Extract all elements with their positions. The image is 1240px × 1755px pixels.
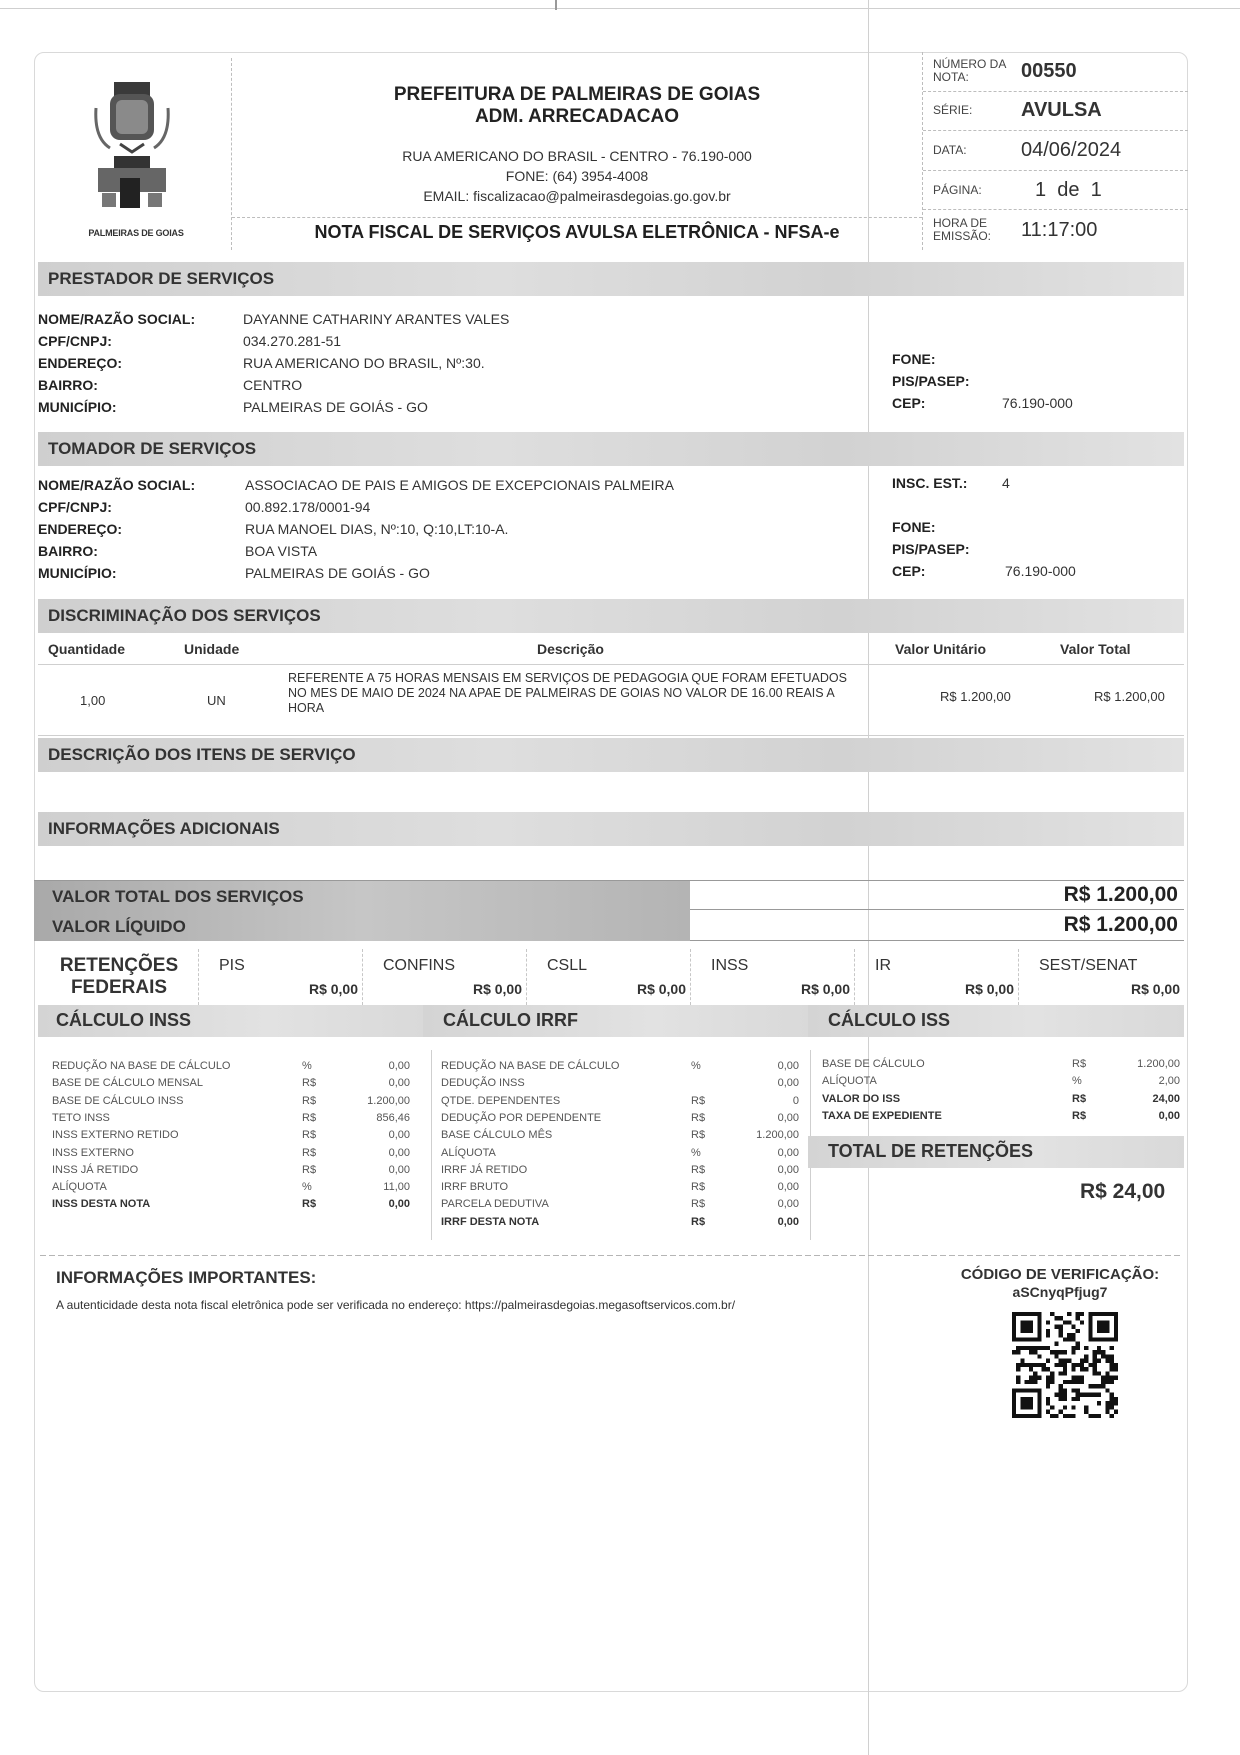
calc-row-label: INSS EXTERNO <box>52 1147 134 1159</box>
calc-row: IRRF DESTA NOTAR$0,00 <box>441 1216 799 1234</box>
prestador-district: CENTRO <box>243 377 302 393</box>
calc-row: BASE DE CÁLCULO MENSALR$0,00 <box>52 1077 410 1095</box>
org-phone: FONE: (64) 3954-4008 <box>232 166 922 186</box>
calc-row-unit: R$ <box>302 1077 316 1089</box>
calc-row-unit: R$ <box>691 1112 705 1124</box>
field-label: NOME/RAZÃO SOCIAL: <box>38 311 195 327</box>
divider <box>431 1050 432 1240</box>
document-title: NOTA FISCAL DE SERVIÇOS AVULSA ELETRÔNIC… <box>232 222 922 243</box>
field-label: FONE: <box>892 519 936 535</box>
invoice-meta: NÚMERO DA NOTA: 00550 SÉRIE: AVULSA DATA… <box>922 52 1188 250</box>
calc-row: ALÍQUOTA%2,00 <box>822 1075 1180 1093</box>
section-tomador: TOMADOR DE SERVIÇOS <box>38 432 1184 466</box>
calc-row: QTDE. DEPENDENTESR$0 <box>441 1095 799 1113</box>
coat-of-arms-icon <box>92 78 172 213</box>
calc-row-unit: R$ <box>302 1147 316 1159</box>
retencao-value: R$ 0,00 <box>637 981 686 997</box>
tomador-cnpj: 00.892.178/0001-94 <box>245 499 370 515</box>
field-label: CPF/CNPJ: <box>38 499 112 515</box>
retencao-name: IR <box>875 957 891 975</box>
field-label: ENDEREÇO: <box>38 355 122 371</box>
col-header-descricao: Descrição <box>537 641 604 657</box>
calc-row-label: BASE DE CÁLCULO <box>822 1058 925 1070</box>
verification-code: aSCnyqPfjug7 <box>950 1284 1170 1300</box>
calc-row-label: TAXA DE EXPEDIENTE <box>822 1110 942 1122</box>
calc-row-value: 11,00 <box>383 1181 410 1193</box>
retencao-inss: INSS R$ 0,00 <box>690 949 854 1005</box>
calc-row: IRRF BRUTOR$0,00 <box>441 1181 799 1199</box>
field-label: NOME/RAZÃO SOCIAL: <box>38 477 195 493</box>
qr-code-icon[interactable] <box>1012 1312 1118 1418</box>
tomador-district: BOA VISTA <box>245 543 317 559</box>
meta-label: PÁGINA: <box>933 184 1013 197</box>
calc-row: BASE DE CÁLCULOR$1.200,00 <box>822 1058 1180 1076</box>
calc-row-label: IRRF BRUTO <box>441 1181 508 1193</box>
row-descricao: REFERENTE A 75 HORAS MENSAIS EM SERVIÇOS… <box>288 671 868 716</box>
field-label: PIS/PASEP: <box>892 541 970 557</box>
calc-row-unit: R$ <box>691 1095 705 1107</box>
org-address: RUA AMERICANO DO BRASIL - CENTRO - 76.19… <box>232 146 922 166</box>
tomador-city: PALMEIRAS DE GOIÁS - GO <box>245 565 430 581</box>
calc-row-value: 24,00 <box>1152 1093 1180 1105</box>
calc-row-label: IRRF DESTA NOTA <box>441 1216 539 1228</box>
row-quantidade: 1,00 <box>80 693 105 708</box>
tomador-insc-est: 4 <box>1002 475 1010 491</box>
municipal-logo: PALMEIRAS DE GOIAS <box>40 58 232 250</box>
calc-row: INSS EXTERNOR$0,00 <box>52 1147 410 1165</box>
calc-row-value: 0,00 <box>389 1060 410 1072</box>
calc-row-label: DEDUÇÃO POR DEPENDENTE <box>441 1112 601 1124</box>
calc-row-label: BASE CÁLCULO MÊS <box>441 1129 552 1141</box>
meta-label: SÉRIE: <box>933 104 1013 117</box>
calc-row-value: 0 <box>793 1095 799 1107</box>
calc-row-label: REDUÇÃO NA BASE DE CÁLCULO <box>52 1060 231 1072</box>
invoice-series: AVULSA <box>1013 99 1188 122</box>
retencoes-title: RETENÇÕES FEDERAIS <box>34 949 204 1005</box>
valor-liquido-label: VALOR LÍQUIDO <box>34 911 690 941</box>
tomador-name: ASSOCIACAO DE PAIS E AMIGOS DE EXCEPCION… <box>245 477 674 493</box>
col-header-unidade: Unidade <box>184 641 239 657</box>
retencoes-title-line1: RETENÇÕES <box>34 955 204 977</box>
calc-row-value: 0,00 <box>778 1060 799 1072</box>
info-importantes-text: A autenticidade desta nota fiscal eletrô… <box>56 1298 735 1312</box>
calc-iss-table: BASE DE CÁLCULOR$1.200,00ALÍQUOTA%2,00VA… <box>822 1058 1180 1138</box>
valor-liquido-row: VALOR LÍQUIDO R$ 1.200,00 <box>34 911 1184 941</box>
valor-total-value: R$ 1.200,00 <box>1064 883 1178 907</box>
meta-numero: NÚMERO DA NOTA: 00550 <box>923 52 1188 92</box>
issuer-block: PREFEITURA DE PALMEIRAS DE GOIAS ADM. AR… <box>232 58 922 218</box>
field-label: PIS/PASEP: <box>892 373 970 389</box>
calc-row-label: INSS JÁ RETIDO <box>52 1164 138 1176</box>
issue-time: 11:17:00 <box>1013 219 1188 242</box>
col-header-valor-total: Valor Total <box>1060 641 1131 657</box>
valor-total-row: VALOR TOTAL DOS SERVIÇOS R$ 1.200,00 <box>34 880 1184 910</box>
prestador-address: RUA AMERICANO DO BRASIL, Nº:30. <box>243 355 485 371</box>
row-valor-unitario: R$ 1.200,00 <box>940 689 1011 704</box>
retencao-value: R$ 0,00 <box>965 981 1014 997</box>
field-label: FONE: <box>892 351 936 367</box>
calc-row: BASE DE CÁLCULO INSSR$1.200,00 <box>52 1095 410 1113</box>
calc-row: ALÍQUOTA%0,00 <box>441 1147 799 1165</box>
calc-row: DEDUÇÃO INSS0,00 <box>441 1077 799 1095</box>
invoice-date: 04/06/2024 <box>1013 139 1188 162</box>
field-label: BAIRRO: <box>38 377 98 393</box>
field-label: CPF/CNPJ: <box>38 333 112 349</box>
calc-row: TETO INSSR$856,46 <box>52 1112 410 1130</box>
retencoes-title-line2: FEDERAIS <box>34 977 204 999</box>
section-prestador: PRESTADOR DE SERVIÇOS <box>38 262 1184 296</box>
col-header-quantidade: Quantidade <box>48 641 125 657</box>
field-label: MUNICÍPIO: <box>38 565 117 581</box>
calc-row-unit: R$ <box>691 1181 705 1193</box>
calc-row-label: ALÍQUOTA <box>441 1147 496 1159</box>
retencao-pis: PIS R$ 0,00 <box>198 949 362 1005</box>
meta-pagina: PÁGINA: 1 de 1 <box>923 171 1188 211</box>
calc-row-unit: % <box>691 1060 701 1072</box>
meta-label: NÚMERO DA NOTA: <box>933 58 1013 84</box>
calc-row-label: INSS DESTA NOTA <box>52 1198 150 1210</box>
field-label: ENDEREÇO: <box>38 521 122 537</box>
retencao-name: SEST/SENAT <box>1039 957 1137 975</box>
calc-row-unit: R$ <box>691 1216 705 1228</box>
calc-row-value: 0,00 <box>778 1181 799 1193</box>
total-retencoes-value: R$ 24,00 <box>1080 1180 1165 1204</box>
calc-row-label: QTDE. DEPENDENTES <box>441 1095 560 1107</box>
scan-edge <box>0 8 1240 9</box>
calc-row-unit: % <box>691 1147 701 1159</box>
page-count: 1 de 1 <box>1013 179 1188 202</box>
scan-mark <box>555 0 557 10</box>
calc-row-value: 0,00 <box>778 1112 799 1124</box>
verification-title: CÓDIGO DE VERIFICAÇÃO: <box>950 1266 1170 1283</box>
calc-row: BASE CÁLCULO MÊSR$1.200,00 <box>441 1129 799 1147</box>
invoice-number: 00550 <box>1013 60 1188 83</box>
field-label: INSC. EST.: <box>892 475 967 491</box>
calc-row-value: 1.200,00 <box>1137 1058 1180 1070</box>
meta-hora: HORA DE EMISSÃO: 11:17:00 <box>923 210 1188 250</box>
calc-row-unit: R$ <box>1072 1093 1086 1105</box>
retencao-ir: IR R$ 0,00 <box>854 949 1018 1005</box>
calc-row-value: 0,00 <box>778 1216 799 1228</box>
meta-data: DATA: 04/06/2024 <box>923 131 1188 171</box>
retencao-value: R$ 0,00 <box>801 981 850 997</box>
divider <box>38 664 1184 665</box>
calc-row-unit: % <box>302 1181 312 1193</box>
retencao-name: CONFINS <box>383 957 455 975</box>
calc-row-value: 0,00 <box>778 1164 799 1176</box>
calc-row-label: PARCELA DEDUTIVA <box>441 1198 549 1210</box>
calc-row-unit: % <box>1072 1075 1082 1087</box>
row-unidade: UN <box>207 693 226 708</box>
calc-row-value: 0,00 <box>1159 1110 1180 1122</box>
calc-row-value: 2,00 <box>1159 1075 1180 1087</box>
total-retencoes-title: TOTAL DE RETENÇÕES <box>808 1136 1184 1168</box>
logo-caption: PALMEIRAS DE GOIAS <box>40 228 232 238</box>
calc-row: REDUÇÃO NA BASE DE CÁLCULO%0,00 <box>441 1060 799 1078</box>
calc-row-value: 1.200,00 <box>367 1095 410 1107</box>
org-subtitle: ADM. ARRECADACAO <box>232 106 922 128</box>
retencao-value: R$ 0,00 <box>1131 981 1180 997</box>
divider <box>38 735 1184 736</box>
calc-row-value: 0,00 <box>778 1077 799 1089</box>
calc-row-unit: R$ <box>691 1129 705 1141</box>
calc-inss-title: CÁLCULO INSS <box>38 1005 423 1037</box>
calc-row-label: VALOR DO ISS <box>822 1093 900 1105</box>
calc-row-value: 856,46 <box>376 1112 410 1124</box>
field-label: MUNICÍPIO: <box>38 399 117 415</box>
calc-row: DEDUÇÃO POR DEPENDENTER$0,00 <box>441 1112 799 1130</box>
section-info-adicionais: INFORMAÇÕES ADICIONAIS <box>38 812 1184 846</box>
calc-row-label: DEDUÇÃO INSS <box>441 1077 525 1089</box>
calc-row-unit: R$ <box>1072 1110 1086 1122</box>
invoice-page <box>34 52 1188 1692</box>
calc-row-unit: R$ <box>1072 1058 1086 1070</box>
field-label: BAIRRO: <box>38 543 98 559</box>
prestador-city: PALMEIRAS DE GOIÁS - GO <box>243 399 428 415</box>
calc-row-unit: R$ <box>302 1164 316 1176</box>
section-descricao-itens: DESCRIÇÃO DOS ITENS DE SERVIÇO <box>38 738 1184 772</box>
prestador-cep: 76.190-000 <box>1002 395 1073 411</box>
calc-row-value: 0,00 <box>389 1164 410 1176</box>
calc-row-label: BASE DE CÁLCULO MENSAL <box>52 1077 203 1089</box>
calc-row: PARCELA DEDUTIVAR$0,00 <box>441 1198 799 1216</box>
calc-irrf-title: CÁLCULO IRRF <box>423 1005 808 1037</box>
calc-row-unit: R$ <box>302 1095 316 1107</box>
meta-serie: SÉRIE: AVULSA <box>923 92 1188 132</box>
retencao-sest-senat: SEST/SENAT R$ 0,00 <box>1018 949 1184 1005</box>
retencao-confins: CONFINS R$ 0,00 <box>362 949 526 1005</box>
calc-row-label: IRRF JÁ RETIDO <box>441 1164 527 1176</box>
calc-row-unit: R$ <box>302 1112 316 1124</box>
calc-row-unit: % <box>302 1060 312 1072</box>
tomador-address: RUA MANOEL DIAS, Nº:10, Q:10,LT:10-A. <box>245 521 508 537</box>
retencao-name: CSLL <box>547 957 587 975</box>
org-email: EMAIL: fiscalizacao@palmeirasdegoias.go.… <box>232 186 922 206</box>
calc-row: INSS JÁ RETIDOR$0,00 <box>52 1164 410 1182</box>
calc-row: REDUÇÃO NA BASE DE CÁLCULO%0,00 <box>52 1060 410 1078</box>
field-label: CEP: <box>892 395 925 411</box>
calc-row-value: 0,00 <box>389 1147 410 1159</box>
prestador-cpf: 034.270.281-51 <box>243 333 341 349</box>
calc-row: TAXA DE EXPEDIENTER$0,00 <box>822 1110 1180 1128</box>
calc-row-label: INSS EXTERNO RETIDO <box>52 1129 179 1141</box>
calc-row-label: ALÍQUOTA <box>52 1181 107 1193</box>
calc-row-value: 0,00 <box>389 1077 410 1089</box>
calc-row-value: 0,00 <box>778 1198 799 1210</box>
retencao-value: R$ 0,00 <box>473 981 522 997</box>
prestador-name: DAYANNE CATHARINY ARANTES VALES <box>243 311 509 327</box>
calc-row-value: 1.200,00 <box>756 1129 799 1141</box>
calc-iss-title: CÁLCULO ISS <box>808 1005 1184 1037</box>
calc-row: ALÍQUOTA%11,00 <box>52 1181 410 1199</box>
calc-row-unit: R$ <box>302 1129 316 1141</box>
retencao-name: INSS <box>711 957 748 975</box>
calc-row-label: ALÍQUOTA <box>822 1075 877 1087</box>
calc-row: INSS EXTERNO RETIDOR$0,00 <box>52 1129 410 1147</box>
info-importantes-title: INFORMAÇÕES IMPORTANTES: <box>56 1268 316 1288</box>
calc-row-value: 0,00 <box>389 1198 410 1210</box>
calc-row-label: TETO INSS <box>52 1112 110 1124</box>
calc-row: INSS DESTA NOTAR$0,00 <box>52 1198 410 1216</box>
calc-row-unit: R$ <box>302 1198 316 1210</box>
divider <box>40 1255 1180 1256</box>
retencao-value: R$ 0,00 <box>309 981 358 997</box>
calc-irrf-table: REDUÇÃO NA BASE DE CÁLCULO%0,00DEDUÇÃO I… <box>441 1060 799 1250</box>
calc-row-unit: R$ <box>691 1198 705 1210</box>
calc-inss-table: REDUÇÃO NA BASE DE CÁLCULO%0,00BASE DE C… <box>52 1060 410 1230</box>
retencoes-federais: RETENÇÕES FEDERAIS PIS R$ 0,00 CONFINS R… <box>34 949 1184 1005</box>
calc-row-value: 0,00 <box>778 1147 799 1159</box>
section-servicos: DISCRIMINAÇÃO DOS SERVIÇOS <box>38 599 1184 633</box>
calc-row: VALOR DO ISSR$24,00 <box>822 1093 1180 1111</box>
meta-label: HORA DE EMISSÃO: <box>933 217 1013 243</box>
calc-row: IRRF JÁ RETIDOR$0,00 <box>441 1164 799 1182</box>
calc-row-unit: R$ <box>691 1164 705 1176</box>
retencao-name: PIS <box>219 957 245 975</box>
valor-total-label: VALOR TOTAL DOS SERVIÇOS <box>34 881 690 911</box>
calc-row-value: 0,00 <box>389 1129 410 1141</box>
col-header-valor-unitario: Valor Unitário <box>895 641 986 657</box>
field-label: CEP: <box>892 563 925 579</box>
row-valor-total: R$ 1.200,00 <box>1094 689 1165 704</box>
meta-label: DATA: <box>933 144 1013 157</box>
retencao-csll: CSLL R$ 0,00 <box>526 949 690 1005</box>
calc-row-label: REDUÇÃO NA BASE DE CÁLCULO <box>441 1060 620 1072</box>
tomador-cep: 76.190-000 <box>1005 563 1076 579</box>
valor-liquido-value: R$ 1.200,00 <box>1064 913 1178 937</box>
org-title: PREFEITURA DE PALMEIRAS DE GOIAS <box>232 84 922 106</box>
calc-row-label: BASE DE CÁLCULO INSS <box>52 1095 183 1107</box>
